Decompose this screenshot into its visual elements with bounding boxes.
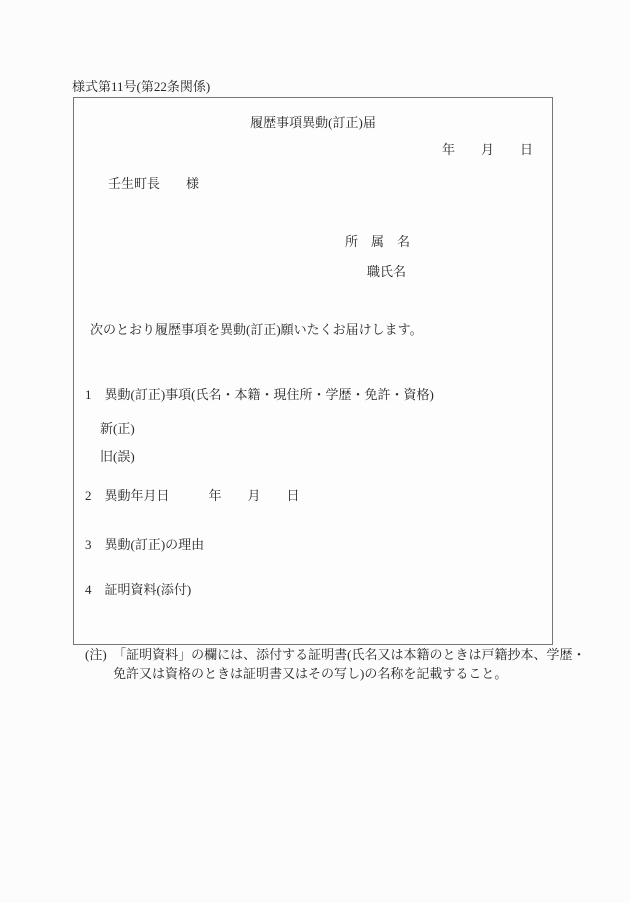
form-addressee: 壬生町長 様: [108, 177, 199, 190]
form-item-4: 4 証明資料(添付): [85, 583, 191, 596]
declaration-sentence: 次のとおり履歴事項を異動(訂正)願いたくお届けします。: [90, 323, 423, 336]
footnote-line-1: (注) 「証明資料」の欄には、添付する証明書(氏名又は本籍のときは戸籍抄本、学歴…: [85, 648, 586, 661]
form-title: 履歴事項異動(訂正)届: [74, 116, 552, 129]
form-item-1: 1 異動(訂正)事項(氏名・本籍・現住所・学歴・免許・資格): [85, 388, 434, 401]
form-item-1-old-label: 旧(誤): [100, 450, 135, 463]
form-item-3: 3 異動(訂正)の理由: [85, 538, 204, 551]
form-date-line: 年 月 日: [442, 143, 533, 156]
form-border-box: 履歴事項異動(訂正)届 年 月 日 壬生町長 様 所 属 名 職氏名 次のとおり…: [73, 97, 553, 645]
form-style-number: 様式第11号(第22条関係): [72, 80, 210, 93]
form-item-2: 2 異動年月日 年 月 日: [85, 489, 300, 502]
footnote-line-2: 免許又は資格のときは証明書又はその写し)の名称を記載すること。: [113, 667, 507, 680]
affiliation-label: 所 属 名: [345, 235, 410, 248]
position-name-label: 職氏名: [367, 265, 406, 278]
form-item-1-new-label: 新(正): [100, 422, 135, 435]
document-page: 様式第11号(第22条関係) 履歴事項異動(訂正)届 年 月 日 壬生町長 様 …: [0, 0, 630, 903]
